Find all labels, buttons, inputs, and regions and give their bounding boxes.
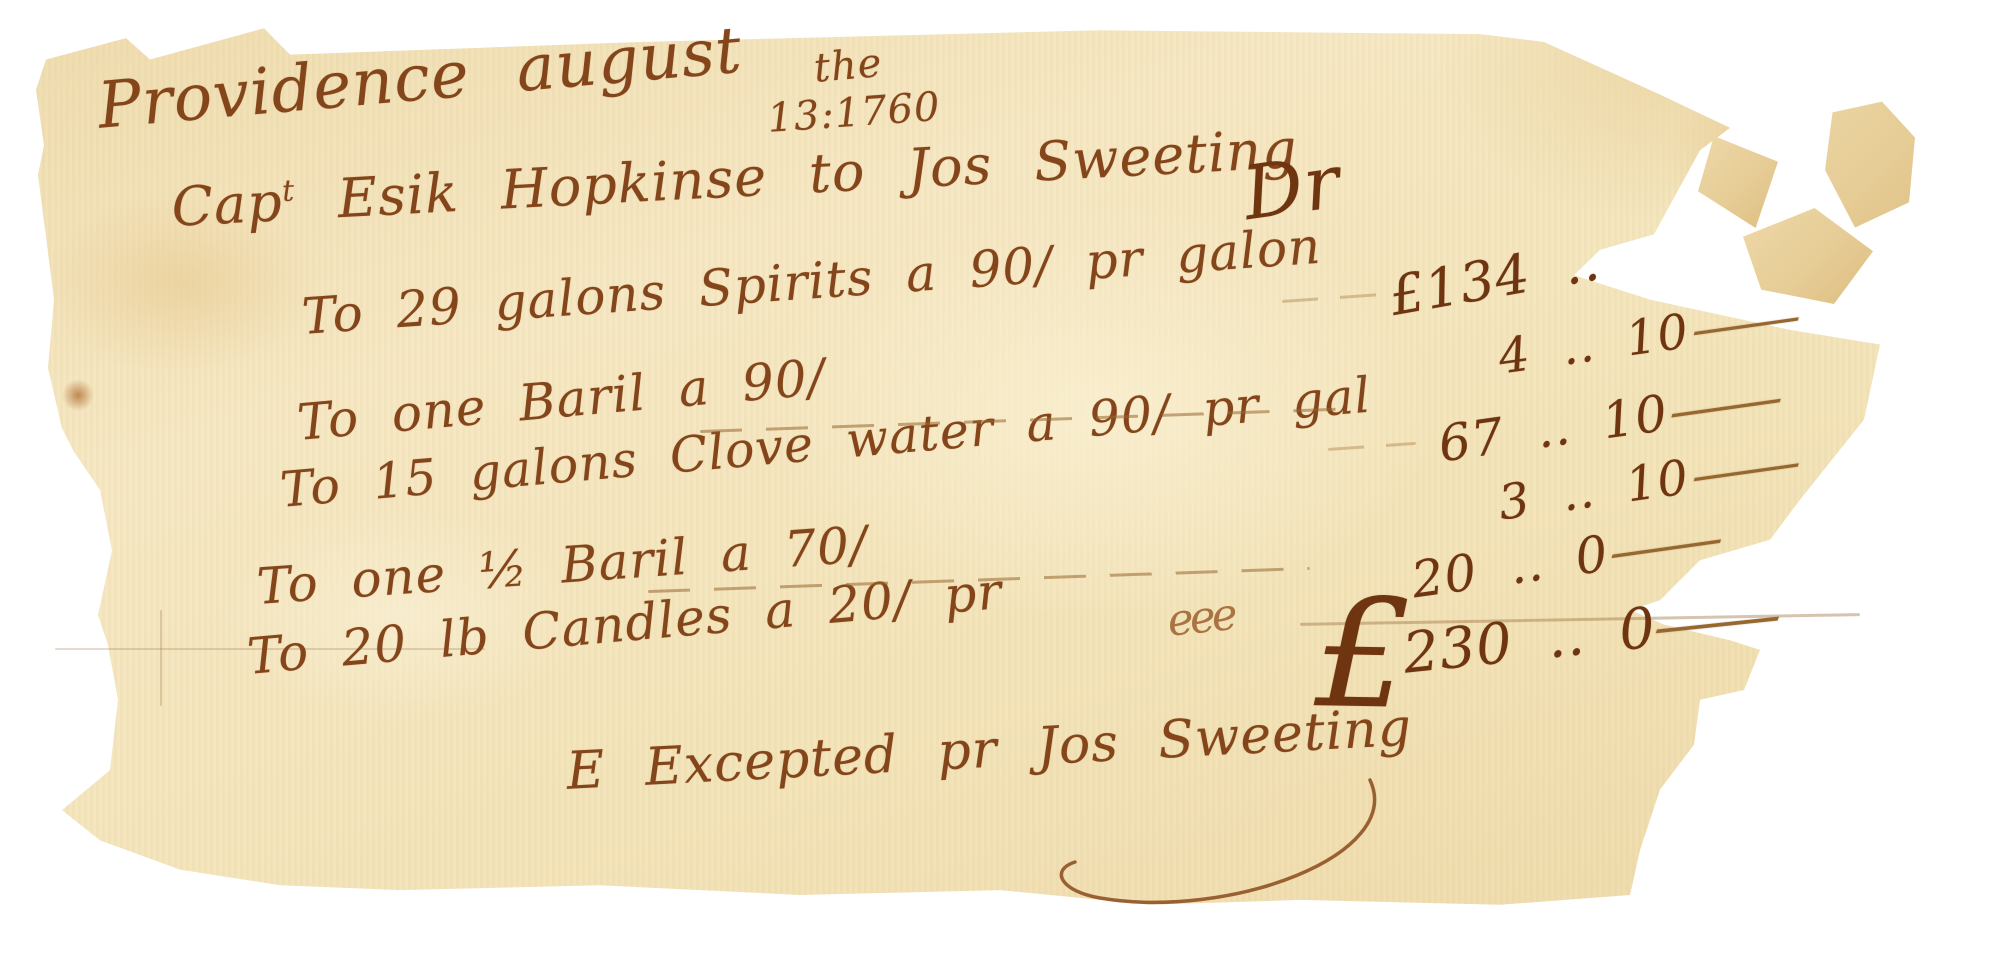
to-word: to — [807, 140, 866, 206]
captain-abbr-superscript: t — [281, 174, 296, 210]
dateline-the: the — [812, 40, 884, 92]
signature-flourish — [900, 770, 1520, 940]
captain-abbr: Cap — [170, 170, 284, 239]
crease-line — [160, 610, 162, 706]
rule-stroke: — — [1646, 582, 1789, 661]
scanned-receipt: Providence august the 13:1760 Capt Esik … — [0, 0, 2000, 976]
pen-flourish-mark: eee — [1165, 589, 1236, 647]
torn-paper-fragment — [1698, 136, 1778, 228]
